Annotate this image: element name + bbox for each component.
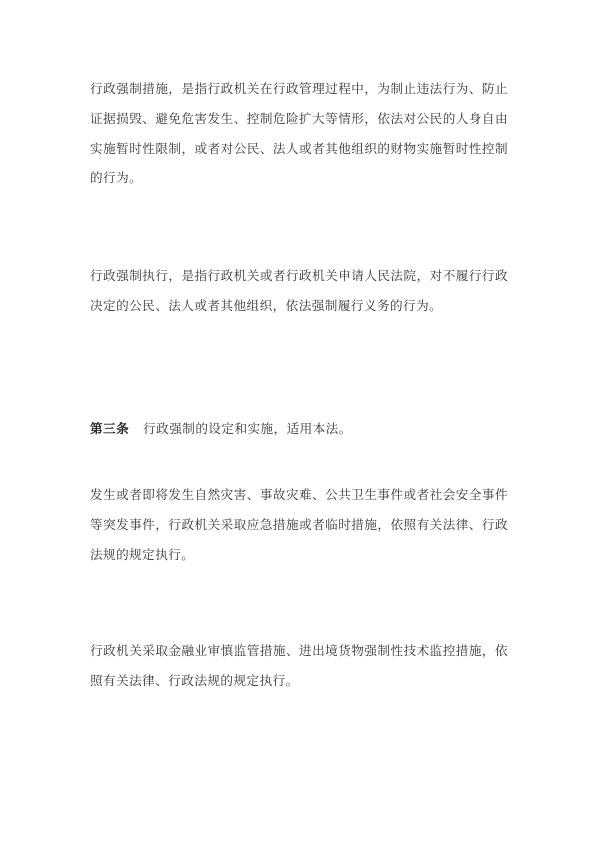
document-page: 行政强制措施，是指行政机关在行政管理过程中，为制止违法行为、防止证据损毁、避免危… [0,0,595,841]
article-number: 第三条 [90,421,129,436]
paragraph-definition-coercive-measures: 行政强制措施，是指行政机关在行政管理过程中，为制止违法行为、防止证据损毁、避免危… [90,74,508,193]
article-text: 行政强制的设定和实施，适用本法。 [143,421,352,436]
paragraph-financial-supervision: 行政机关采取金融业审慎监管措施、进出境货物强制性技术监控措施，依照有关法律、行政… [90,636,508,696]
article-three: 第三条行政强制的设定和实施，适用本法。 [90,414,508,444]
paragraph-emergency-measures: 发生或者即将发生自然灾害、事故灾难、公共卫生事件或者社会安全事件等突发事件，行政… [90,480,508,569]
paragraph-definition-coercive-execution: 行政强制执行，是指行政机关或者行政机关申请人民法院，对不履行行政决定的公民、法人… [90,261,508,321]
